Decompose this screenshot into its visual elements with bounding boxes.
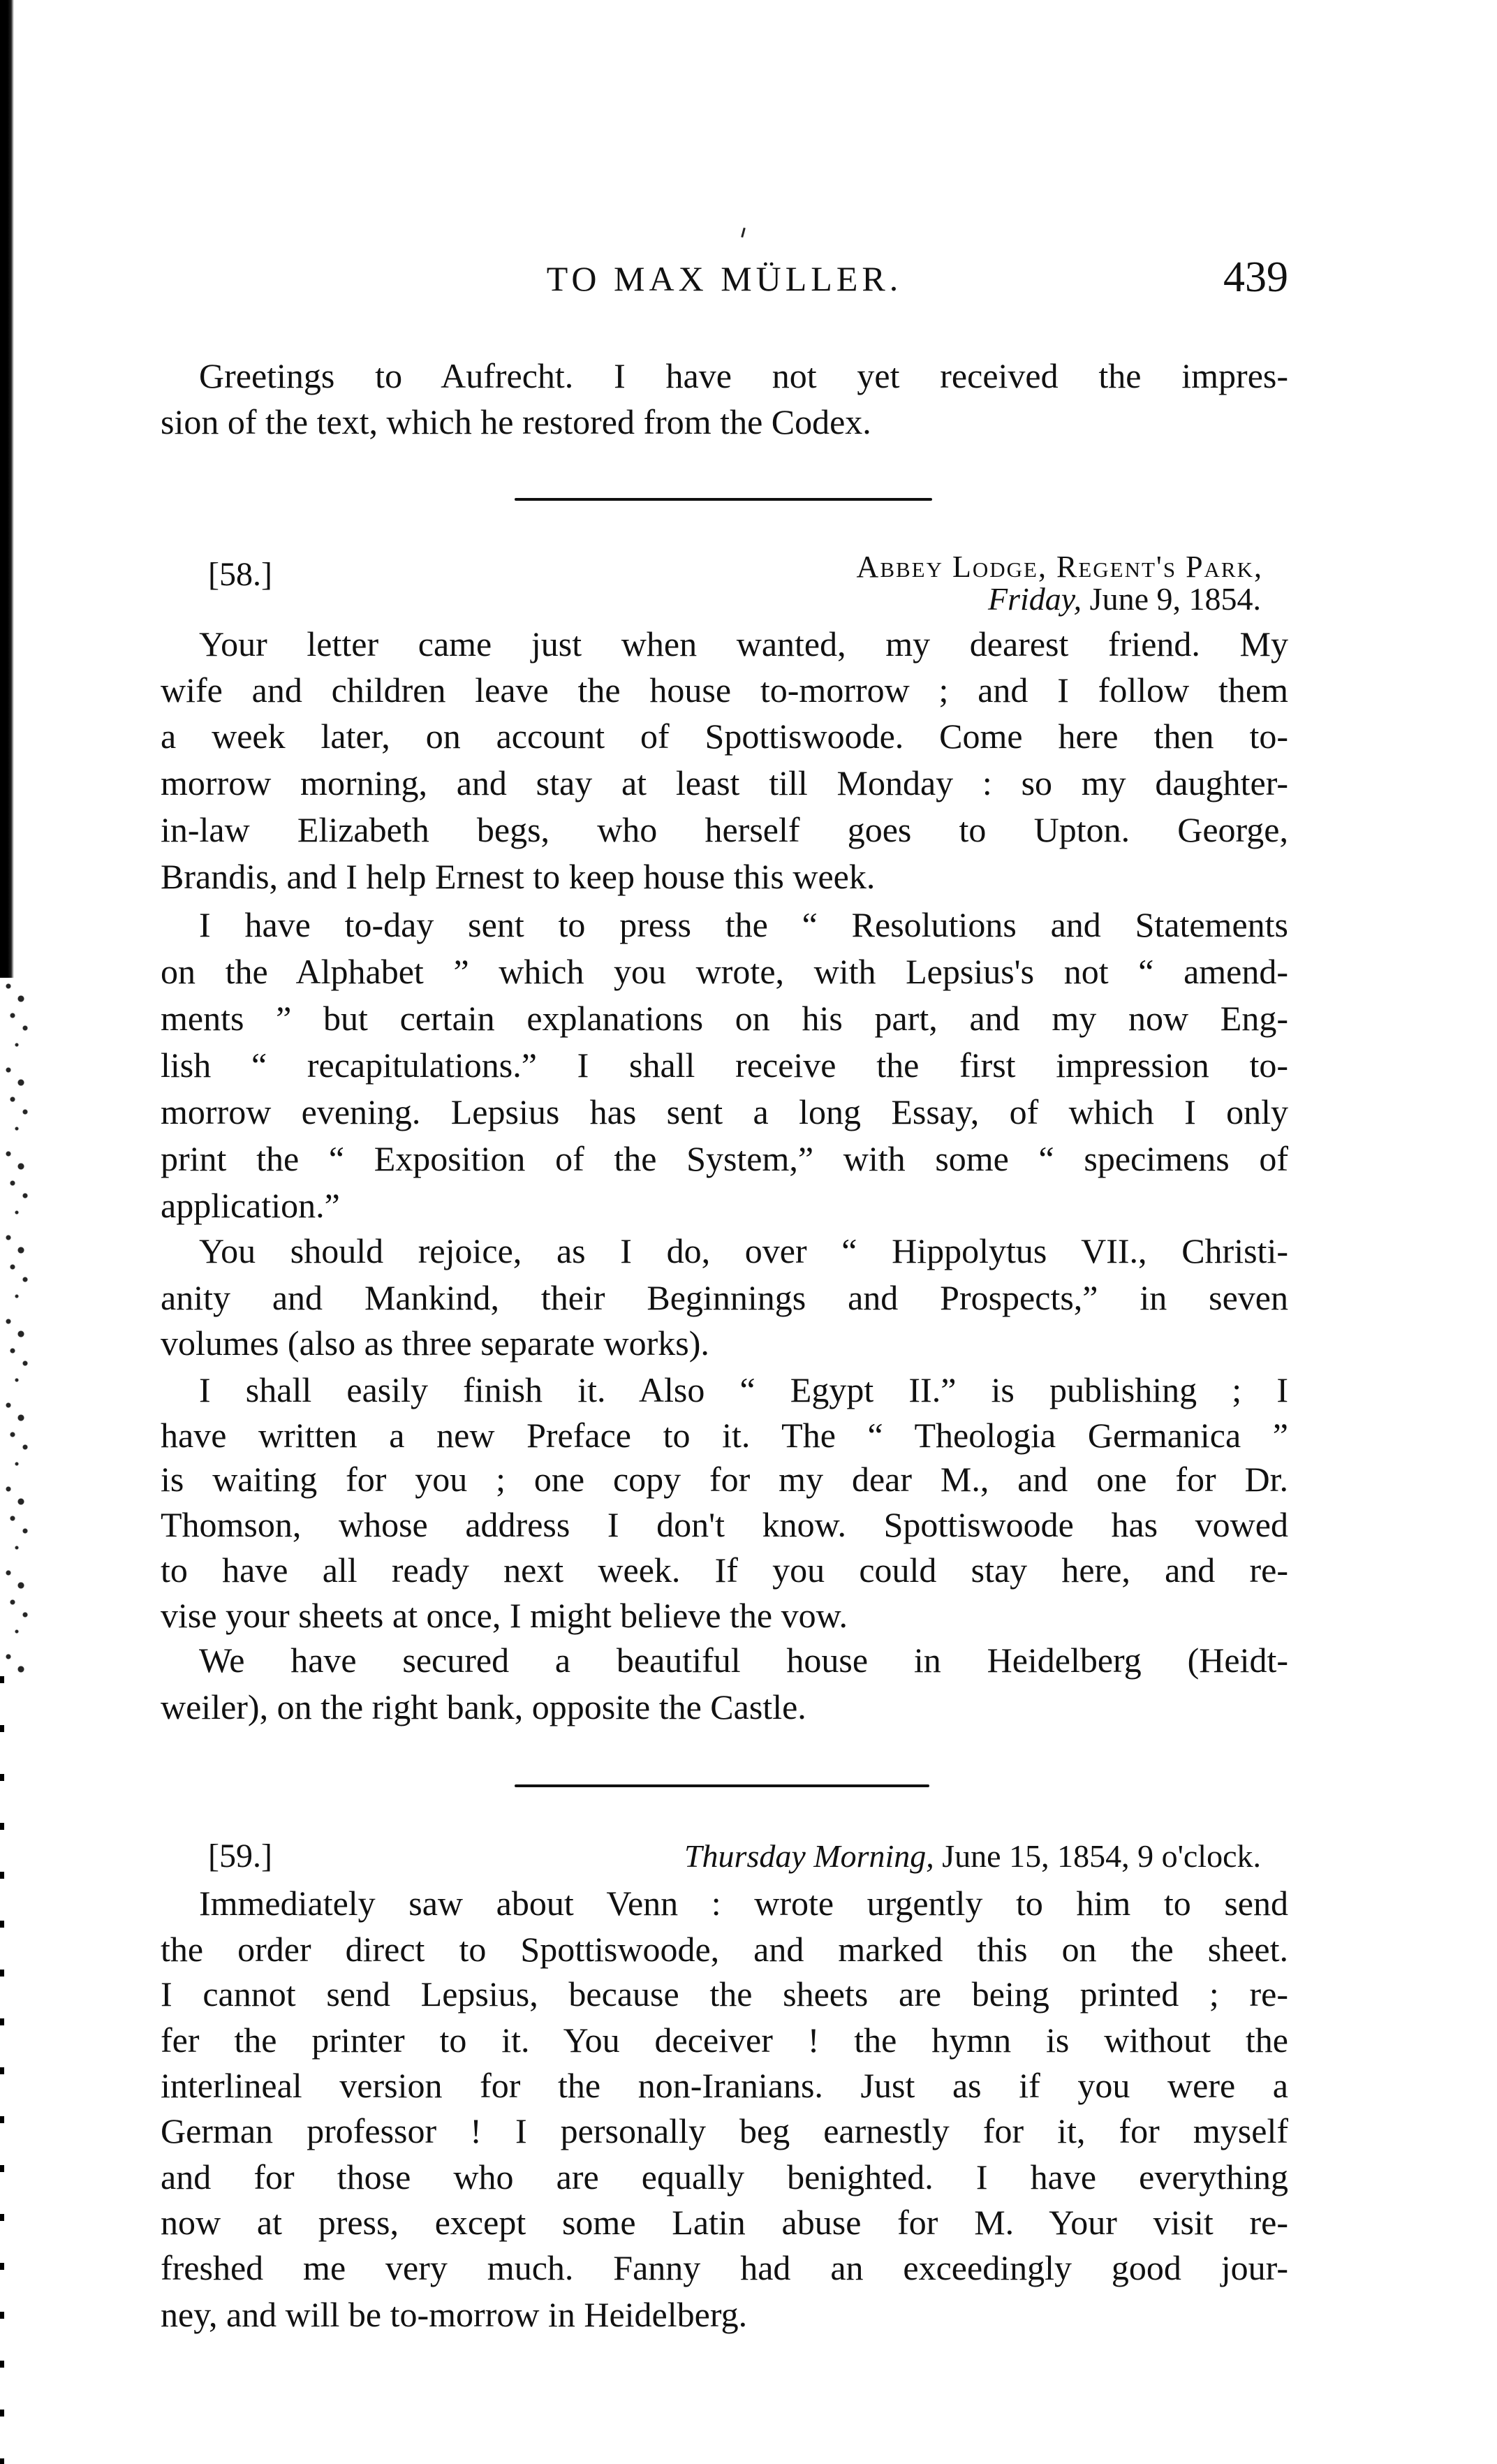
text-line: I cannot send Lepsius, because the sheet… bbox=[161, 1971, 1288, 2017]
section-divider bbox=[515, 1784, 929, 1787]
date-weekday: Thursday Morning, bbox=[684, 1838, 934, 1874]
text-line: I shall easily finish it. Also “ Egypt I… bbox=[161, 1367, 1288, 1413]
text-line: the order direct to Spottiswoode, and ma… bbox=[161, 1926, 1288, 1972]
text-line: Thomson, whose address I don't know. Spo… bbox=[161, 1502, 1288, 1548]
text-line: Immediately saw about Venn : wrote urgen… bbox=[161, 1880, 1288, 1926]
text-line: morrow morning, and stay at least till M… bbox=[161, 760, 1288, 806]
text-line: is waiting for you ; one copy for my dea… bbox=[161, 1456, 1288, 1502]
text-line: sion of the text, which he restored from… bbox=[161, 399, 1288, 445]
text-line: have written a new Preface to it. The “ … bbox=[161, 1412, 1288, 1458]
text-line: lish “ recapitulations.” I shall receive… bbox=[161, 1042, 1288, 1088]
section-divider bbox=[515, 498, 932, 501]
letter-number: [58.] bbox=[208, 552, 272, 598]
text-line: ments ” but certain explanations on his … bbox=[161, 995, 1288, 1041]
text-line: Brandis, and I help Ernest to keep house… bbox=[161, 853, 1288, 900]
text-line: and for those who are equally benighted.… bbox=[161, 2154, 1288, 2200]
scan-edge-noise bbox=[0, 978, 42, 1676]
text-line: anity and Mankind, their Beginnings and … bbox=[161, 1275, 1288, 1321]
letter-date: Thursday Morning, June 15, 1854, 9 o'clo… bbox=[684, 1835, 1261, 1877]
text-line: in-law Elizabeth begs, who herself goes … bbox=[161, 807, 1288, 853]
text-line: fer the printer to it. You deceiver ! th… bbox=[161, 2017, 1288, 2063]
text-line: wife and children leave the house to-mor… bbox=[161, 667, 1288, 713]
date-weekday: Friday, bbox=[988, 581, 1082, 617]
text-line: interlineal version for the non-Iranians… bbox=[161, 2062, 1288, 2109]
text-line: morrow evening. Lepsius has sent a long … bbox=[161, 1089, 1288, 1135]
text-line: print the “ Exposition of the System,” w… bbox=[161, 1136, 1288, 1182]
text-line: weiler), on the right bank, opposite the… bbox=[161, 1684, 1288, 1730]
date-rest: June 15, 1854, 9 o'clock. bbox=[934, 1838, 1261, 1874]
text-line: to have all ready next week. If you coul… bbox=[161, 1547, 1288, 1593]
text-line: I have to-day sent to press the “ Resolu… bbox=[161, 902, 1288, 948]
text-line: ney, and will be to-morrow in Heidelberg… bbox=[161, 2291, 1288, 2338]
text-line: vise your sheets at once, I might believ… bbox=[161, 1592, 1288, 1638]
running-head: TO MAX MÜLLER. 439 bbox=[161, 258, 1288, 314]
text-line: Greetings to Aufrecht. I have not yet re… bbox=[161, 353, 1288, 399]
scan-edge-noise-lower bbox=[0, 1676, 4, 2464]
date-rest: June 9, 1854. bbox=[1082, 581, 1261, 617]
text-line: now at press, except some Latin abuse fo… bbox=[161, 2199, 1288, 2245]
text-line: a week later, on account of Spottiswoode… bbox=[161, 713, 1288, 759]
text-line: application.” bbox=[161, 1182, 1288, 1229]
letter-date: Friday, June 9, 1854. bbox=[988, 578, 1261, 620]
letter-number: [59.] bbox=[208, 1833, 272, 1879]
scan-binding-edge bbox=[0, 0, 14, 978]
text-line: on the Alphabet ” which you wrote, with … bbox=[161, 948, 1288, 995]
text-line: We have secured a beautiful house in Hei… bbox=[161, 1637, 1288, 1683]
text-line: German professor ! I personally beg earn… bbox=[161, 2108, 1288, 2154]
page-number: 439 bbox=[1223, 253, 1288, 302]
scan-speck bbox=[741, 228, 746, 237]
text-line: Your letter came just when wanted, my de… bbox=[161, 621, 1288, 667]
text-line: You should rejoice, as I do, over “ Hipp… bbox=[161, 1228, 1288, 1274]
running-head-title: TO MAX MÜLLER. bbox=[161, 258, 1288, 299]
text-line: volumes (also as three separate works). bbox=[161, 1320, 1288, 1366]
text-line: freshed me very much. Fanny had an excee… bbox=[161, 2245, 1288, 2291]
book-page: TO MAX MÜLLER. 439 Greetings to Aufrecht… bbox=[0, 0, 1497, 2464]
